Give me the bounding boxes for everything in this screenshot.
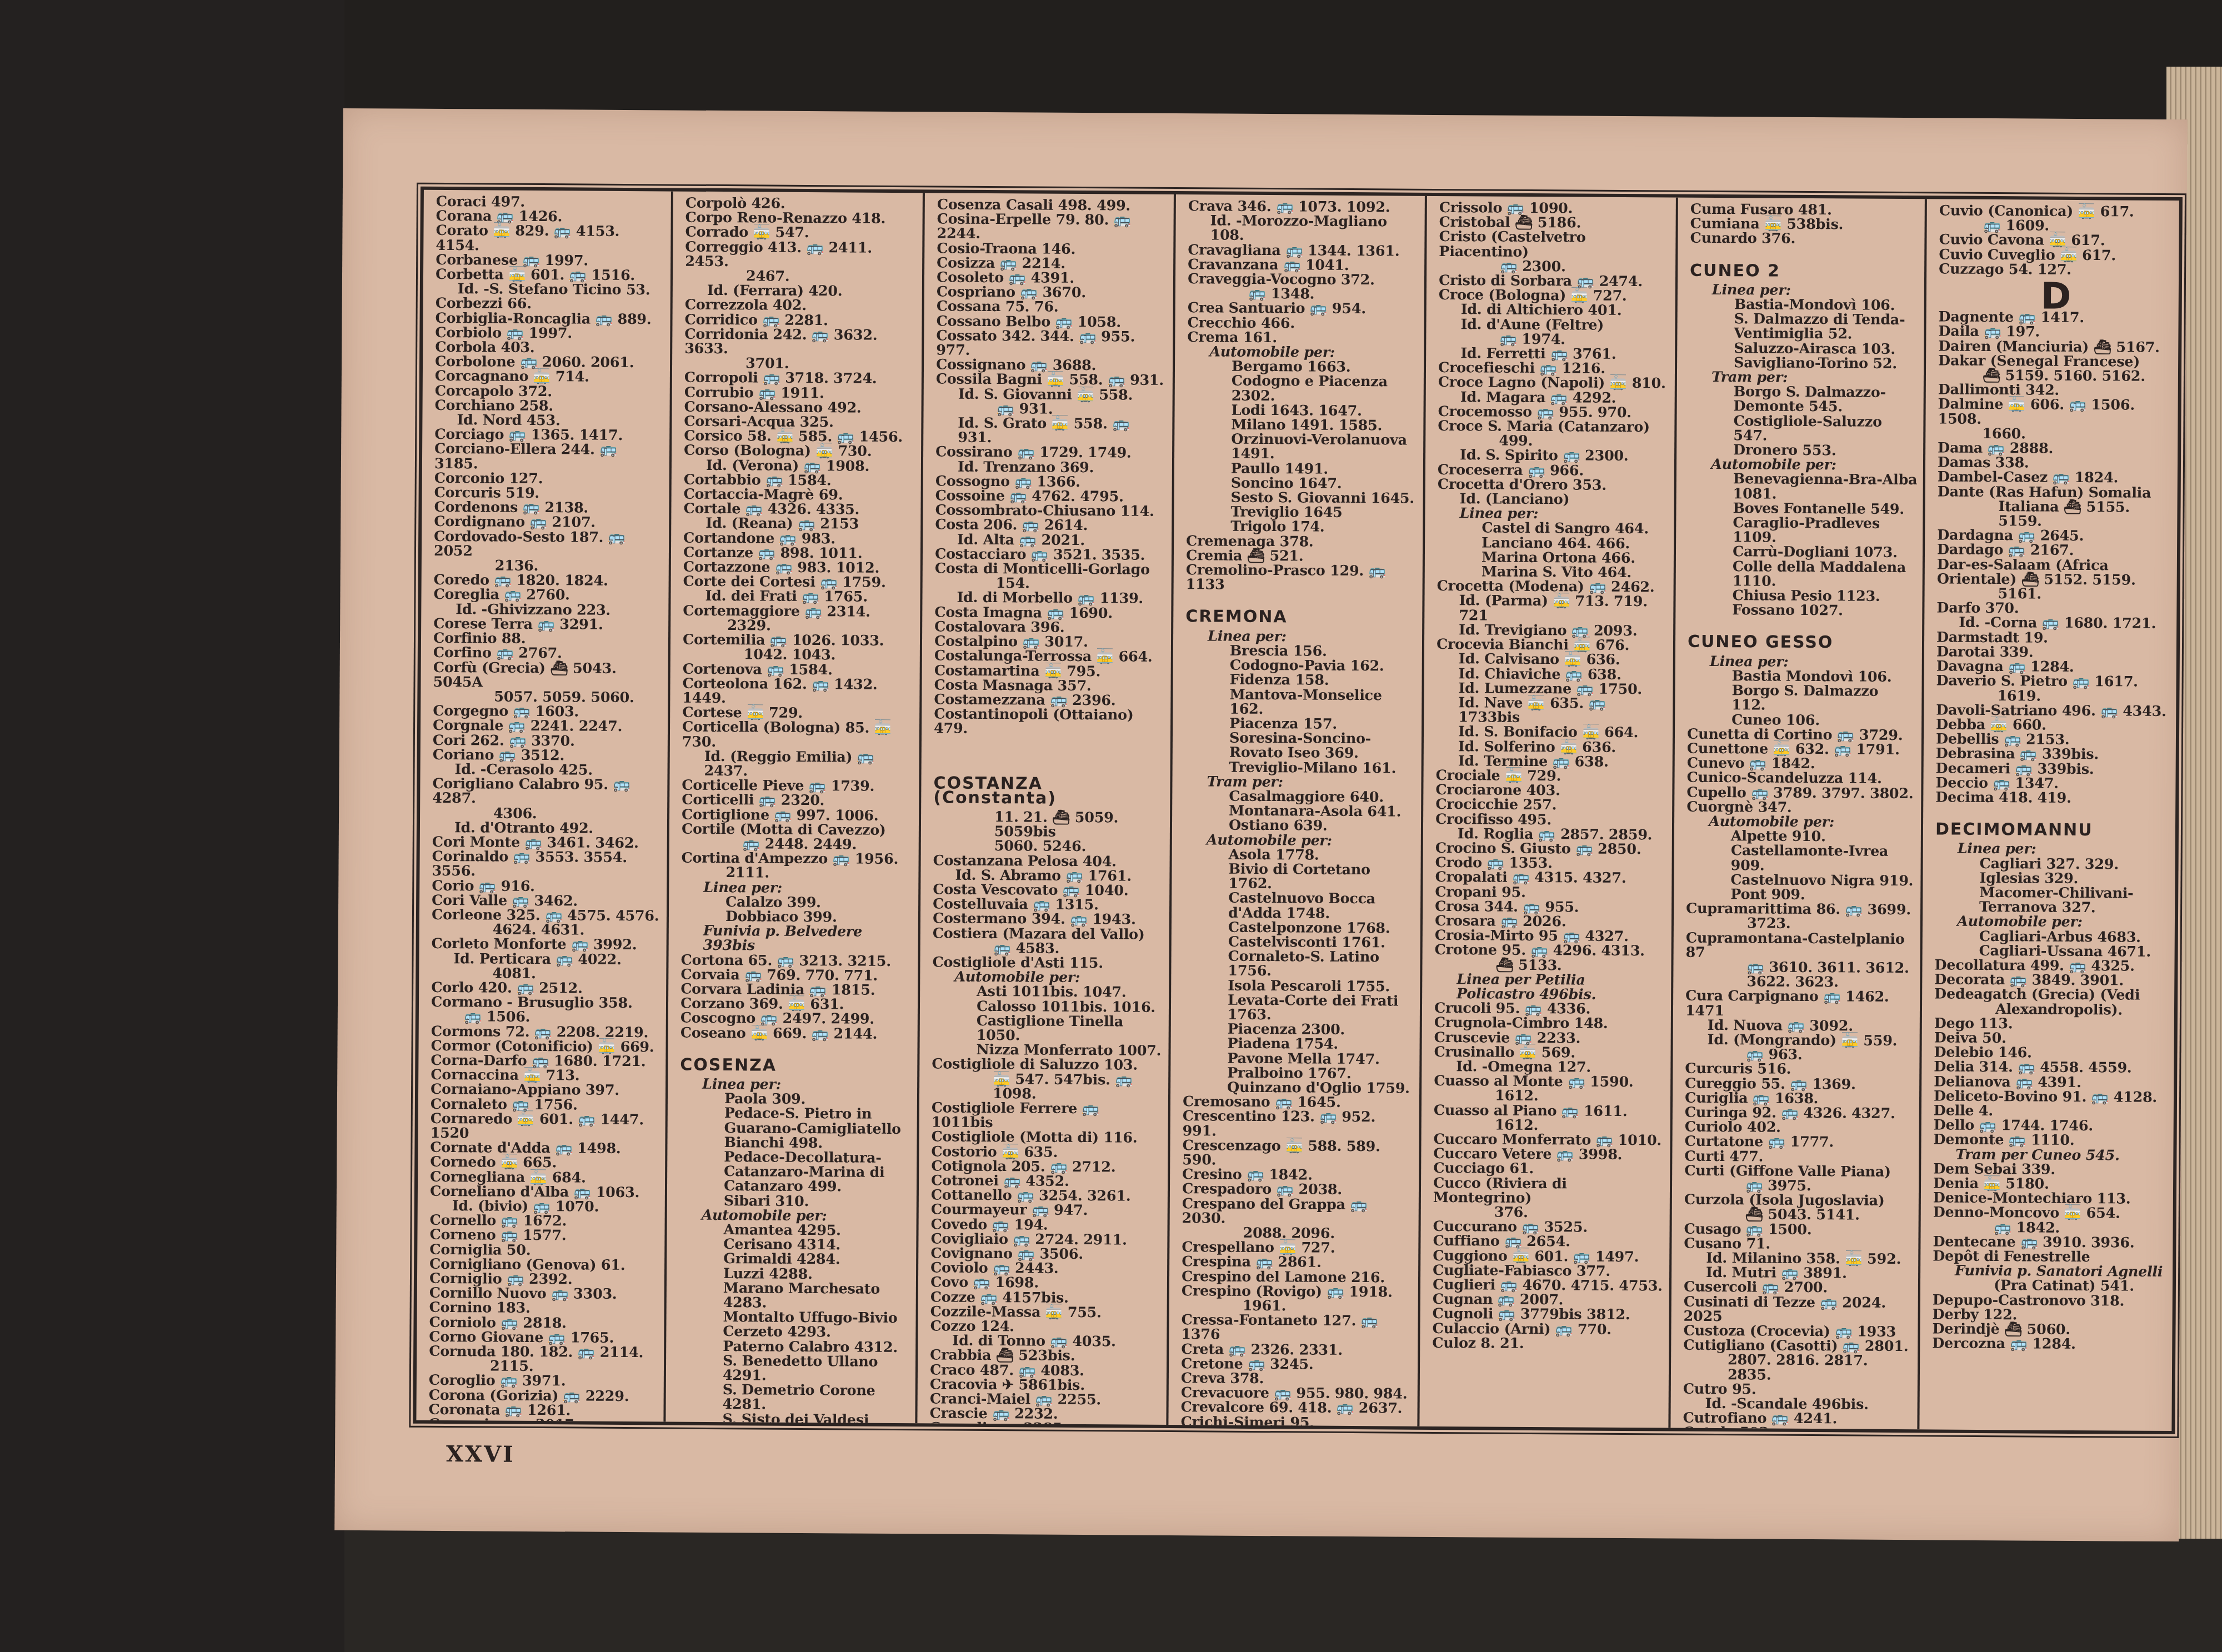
route-type-label: Tram per: bbox=[1689, 370, 1918, 386]
index-destination: Paullo 1491. bbox=[1187, 461, 1418, 477]
route-type-label: Linea per: bbox=[1437, 506, 1668, 522]
index-destination: Pralboino 1767. bbox=[1183, 1065, 1414, 1082]
index-entry: Coseano 🚋 669. 🚌 2144. bbox=[680, 1025, 912, 1042]
route-type-label: Funivia p. Sanatori Agnelli bbox=[1933, 1264, 2167, 1280]
index-destination: Luzzi 4288. bbox=[679, 1266, 910, 1282]
index-continuation: Italiana ⛴ 5155. 5159. bbox=[1937, 499, 2171, 529]
index-destination: Castellamonte-Ivrea 909. bbox=[1686, 843, 1915, 874]
index-destination: Castelnuovo Nigra 919. bbox=[1686, 872, 1915, 888]
index-entry: Corinaldo 🚌 3553. 3554. 3556. bbox=[432, 849, 661, 880]
index-column-4: Crava 346. 🚌 1073. 1092.Id. -Morozzo-Mag… bbox=[1168, 194, 1427, 1426]
index-column-6: Cuma Fusaro 481.Cumiana 🚋 538bis.Cunardo… bbox=[1670, 198, 1927, 1430]
index-destination: Pedace-Decollatura-Catanzaro-Marina di C… bbox=[679, 1150, 911, 1195]
index-destination: Bergamo 1663. bbox=[1187, 359, 1418, 375]
index-destination: Grimaldi 4284. bbox=[679, 1251, 910, 1268]
section-heading: DECIMOMANNU bbox=[1935, 823, 2170, 839]
index-entry: Crescenzago 🚋 588. 589. 590. bbox=[1182, 1138, 1413, 1169]
route-type-label: Funivia p. Belvedere 393bis bbox=[681, 924, 913, 954]
index-subentry: Id. (Reggio Emilia) 🚌 2437. bbox=[682, 749, 913, 779]
index-entry: Corigliano Calabro 95. 🚌 4287. bbox=[432, 777, 662, 807]
index-subentry: Id. (Mongrando) 🚋 559. bbox=[1685, 1033, 1914, 1049]
index-entry: Cosina-Erpelle 79. 80. 🚌 2244. bbox=[937, 212, 1168, 243]
index-entry: Cornuda 180. 182. 🚌 2114. bbox=[429, 1344, 658, 1360]
index-destination: Mantova-Monselice 162. bbox=[1185, 687, 1416, 718]
index-destination: Cagliari 327. 329. bbox=[1935, 856, 2170, 872]
index-subentry: Id. Nave 🚋 635. 🚌 1733bis bbox=[1436, 695, 1667, 726]
section-heading: CUNEO GESSO bbox=[1688, 635, 1916, 651]
spacer bbox=[934, 736, 1165, 760]
index-entry: Corleone 325. 🚌 4575. 4576. bbox=[432, 908, 661, 924]
index-entry: Decima 418. 419. bbox=[1935, 790, 2170, 806]
index-entry: Corciano-Ellera 244. 🚌 3185. bbox=[434, 442, 664, 472]
index-continuation: 🚋 547. 547bis. 🚌 1098. bbox=[932, 1072, 1163, 1102]
route-type-label: Automobile per: bbox=[932, 970, 1163, 986]
index-entry: Cortemaggiore 🚌 2314. bbox=[683, 603, 914, 619]
index-destination: Bastia-Mondovì 106. bbox=[1690, 297, 1919, 313]
index-destination: Castel di Sangro 464. bbox=[1437, 520, 1668, 537]
index-destination: Borgo S. Dalmazzo 112. bbox=[1687, 683, 1916, 714]
index-destination: Calosso 1011bis. 1016. bbox=[932, 999, 1163, 1015]
index-entry: Crespino (Rovigo) 🚌 1918. bbox=[1182, 1284, 1413, 1300]
index-entry: Cortina d'Ampezzo 🚌 1956. bbox=[682, 851, 913, 867]
index-destination: Carrù-Dogliani 1073. bbox=[1688, 544, 1917, 560]
index-destination: Boves Fontanelle 549. bbox=[1688, 501, 1917, 517]
index-destination: Cerisano 4314. bbox=[679, 1237, 910, 1253]
index-entry: Corfù (Grecia) ⛴ 5043. 5045A bbox=[433, 660, 662, 690]
index-destination: Codogno-Pavia 162. bbox=[1185, 658, 1417, 674]
index-entry: Costigliole Ferrere 🚌 1011bis bbox=[932, 1100, 1163, 1131]
index-continuation: 🚌 3610. 3611. 3612. bbox=[1685, 960, 1914, 976]
index-destination: Codogno e Piacenza 2302. bbox=[1187, 374, 1418, 404]
index-destination: Costigliole-Saluzzo 547. bbox=[1689, 413, 1918, 444]
index-destination: Cagliari-Arbus 4683. bbox=[1935, 929, 2169, 945]
index-destination: Lanciano 464. 466. bbox=[1437, 535, 1668, 552]
index-destination: Borgo S. Dalmazzo-Demonte 545. bbox=[1689, 384, 1918, 415]
index-destination: Soncino 1647. bbox=[1187, 475, 1418, 492]
index-destination: Milano 1491. 1585. bbox=[1187, 417, 1418, 433]
index-entry: Dedeagatch (Grecia) (Vedi bbox=[1934, 987, 2169, 1003]
index-entry: Dante (Ras Hafun) Somalia bbox=[1938, 484, 2172, 500]
index-destination: Casalmaggiore 640. bbox=[1184, 789, 1415, 805]
index-entry: Cupramontana-Castelplanio 87 bbox=[1686, 930, 1915, 961]
index-destination: Orzinuovi-Verolanuova 1491. bbox=[1187, 432, 1418, 462]
index-destination: Sesto S. Giovanni 1645. bbox=[1187, 490, 1418, 506]
index-subentry: Id. S. Grato 🚋 558. 🚌 931. bbox=[935, 415, 1167, 446]
route-type-label: Automobile per: bbox=[1935, 914, 2169, 930]
index-column-2: Corpolò 426.Corpo Reno-Renazzo 418.Corra… bbox=[665, 192, 925, 1424]
index-destination: S. Benedetto Ullano 4291. bbox=[678, 1353, 910, 1384]
index-destination: Fossano 1027. bbox=[1688, 603, 1916, 619]
index-entry: Cutigliano (Casotti) 🚌 2801. bbox=[1683, 1338, 1912, 1354]
index-destination: Fidenza 158. bbox=[1185, 672, 1417, 688]
route-type-label: Linea per: bbox=[1185, 629, 1417, 645]
index-destination: Colle della Maddalena 1110. bbox=[1688, 559, 1917, 589]
index-entry: Dalmine 🚋 606. 🚌 1506. 1508. bbox=[1938, 397, 2172, 428]
index-continuation: 11. 21. ⛴ 5059. 5059bis bbox=[933, 809, 1164, 840]
index-entry: Curti (Giffone Valle Piana) bbox=[1684, 1163, 1913, 1179]
index-entry: Cusinati di Tezze 🚌 2024. 2025 bbox=[1684, 1294, 1913, 1325]
index-destination: Chiusa Pesio 1123. bbox=[1688, 588, 1916, 604]
index-entry: Cornaredo 🚋 601. 🚌 1447. 1520 bbox=[431, 1112, 660, 1142]
index-destination: Bivio di Cortetano 1762. bbox=[1184, 862, 1415, 892]
index-destination: Saluzzo-Airasca 103. bbox=[1689, 341, 1918, 357]
index-destination: Cornaleto-S. Latino 1756. bbox=[1183, 949, 1414, 979]
index-destination: Marina Ortona 466. bbox=[1437, 550, 1668, 566]
index-entry: Cortile (Motta di Cavezzo) bbox=[682, 822, 913, 838]
index-entry: Curzola (Isola Jugoslavia) bbox=[1684, 1193, 1913, 1209]
index-destination: 2807. 2816. 2817. 2835. bbox=[1683, 1353, 1912, 1383]
index-entry: Cupramarittima 86. 🚌 3699. bbox=[1686, 902, 1915, 918]
index-destination: Asti 1011bis. 1047. bbox=[932, 984, 1163, 1000]
index-entry: Cristo (Castelvetro Piacentino) bbox=[1439, 229, 1670, 260]
index-entry: Craveggia-Vocogno 372. bbox=[1188, 272, 1419, 288]
index-destination: Brescia 156. bbox=[1185, 643, 1417, 659]
index-entry: Cuasso al Piano 🚌 1611. bbox=[1434, 1103, 1665, 1119]
index-destination: Paola 309. bbox=[680, 1092, 912, 1108]
index-destination: Castelnuovo Bocca d'Adda 1748. bbox=[1184, 890, 1415, 921]
index-subentry: Id. (Parma) 🚋 713. 719. 721 bbox=[1437, 593, 1668, 624]
index-destination: Benevagienna-Bra-Alba 1081. bbox=[1689, 472, 1918, 502]
index-column-5: Crissolo 🚌 1090.Cristobal ⛴ 5186.Cristo … bbox=[1419, 196, 1678, 1428]
route-type-label: Linea per: bbox=[1690, 283, 1919, 299]
index-entry: Dakar (Senegal Francese) bbox=[1938, 353, 2173, 369]
index-destination: Lodi 1643. 1647. bbox=[1187, 403, 1418, 419]
index-entry: Crescentino 123. 🚌 952. 991. bbox=[1183, 1109, 1414, 1140]
route-type-label: Linea per: bbox=[680, 1077, 912, 1093]
index-entry: Costiera (Mazara del Vallo) bbox=[933, 926, 1164, 942]
index-entry: Coroncina 🚌 3017. bbox=[428, 1417, 658, 1422]
index-destination: Treviglio 1645 bbox=[1186, 504, 1417, 520]
index-entry: Corridonia 242. 🚌 3632. 3633. bbox=[684, 327, 916, 357]
index-entry: Costantinopoli (Ottaiano) 479. bbox=[934, 707, 1165, 738]
index-entry: Culoz 8. 21. bbox=[1432, 1336, 1663, 1352]
index-destination: Montanara-Asola 641. bbox=[1184, 803, 1415, 819]
index-destination: Pedace-S. Pietro in Guarano-Camigliatell… bbox=[679, 1106, 911, 1151]
section-heading: COSENZA bbox=[680, 1058, 912, 1074]
index-subentry: Id. Perticara 🚌 4022. bbox=[431, 951, 660, 967]
index-entry: Cuvio (Canonica) 🚋 617. bbox=[1939, 203, 2174, 219]
index-destination: Montalto Uffugo-Bivio Cerzeto 4293. bbox=[678, 1310, 910, 1340]
index-destination: Macomer-Chilivani-Terranova 327. bbox=[1935, 885, 2169, 915]
index-entry: Cura Carpignano 🚌 1462. 1471 bbox=[1685, 989, 1914, 1019]
index-entry: Cordovado-Sesto 187. 🚌 2052 bbox=[434, 529, 663, 560]
index-entry: Dar-es-Salaam (Africa Orientale) ⛴ 5152.… bbox=[1937, 557, 2171, 588]
route-type-label: Linea per: bbox=[1935, 842, 2170, 858]
index-entry: Corato 🚋 829. 🚌 4153. 4154. bbox=[436, 223, 665, 254]
index-entry: Costa di Monticelli-Gorlago bbox=[935, 561, 1166, 577]
route-type-label: Automobile per: bbox=[1686, 814, 1915, 830]
index-entry: Cortemilia 🚌 1026. 1033. bbox=[683, 633, 914, 649]
index-destination: Caraglio-Pradleves 1109. bbox=[1688, 515, 1917, 546]
index-entry: Crespano del Grappa 🚌 2030. bbox=[1182, 1197, 1413, 1227]
index-destination: Piacenza 157. bbox=[1185, 716, 1416, 732]
index-destination: Piacenza 2300. bbox=[1183, 1022, 1414, 1038]
route-type-label: Automobile per: bbox=[1187, 344, 1418, 361]
letter-heading: D bbox=[1939, 288, 2173, 304]
index-entry: Croce S. Maria (Catanzaro) bbox=[1438, 419, 1669, 435]
index-column-1: Coraci 497.Corana 🚌 1426.Corato 🚋 829. 🚌… bbox=[416, 190, 673, 1422]
index-destination: Castelponzone 1768. bbox=[1184, 920, 1415, 936]
index-destination: Asola 1778. bbox=[1184, 847, 1415, 863]
index-subentry: Id. S. Giovanni 🚋 558. bbox=[936, 387, 1167, 403]
index-destination: Soresina-Soncino-Rovato Iseo 369. bbox=[1185, 730, 1416, 761]
route-type-label: Automobile per: bbox=[679, 1208, 911, 1224]
dark-background-left bbox=[0, 0, 344, 1652]
section-heading: CUNEO 2 bbox=[1690, 263, 1919, 279]
index-destination: Bastia Mondovì 106. bbox=[1688, 669, 1916, 685]
index-column-7: Cuvio (Canonica) 🚋 617.🚌 1609.Cuvio Cavo… bbox=[1919, 199, 2179, 1431]
index-entry: Dercozna 🚌 1284. bbox=[1932, 1336, 2166, 1353]
route-type-label: Automobile per: bbox=[1689, 457, 1918, 473]
index-entry: Corticella (Bologna) 85. 🚋 730. bbox=[682, 720, 914, 750]
route-type-label: Linea per Petilia Policastro 496bis. bbox=[1434, 972, 1665, 1003]
index-entry: Crotone 95. 🚌 4296. 4313. bbox=[1435, 943, 1666, 959]
index-destination: S. Dalmazzo di Tenda-Ventimiglia 52. bbox=[1689, 312, 1918, 342]
section-heading: COSTANZA (Constanta) bbox=[933, 776, 1164, 807]
index-subentry: Id. d'Aune (Feltre) bbox=[1438, 317, 1669, 333]
page-number: XXVI bbox=[446, 1441, 515, 1468]
index-destination: Castiglione Tinella 1050. bbox=[932, 1013, 1163, 1044]
index-entry: Daverio S. Pietro 🚌 1617. bbox=[1936, 674, 2171, 690]
index-destination: Amantea 4295. bbox=[679, 1223, 910, 1239]
index-subentry: Id. -Morozzo-Magliano 108. bbox=[1188, 213, 1419, 244]
index-destination: Calalzo 399. bbox=[681, 894, 913, 910]
route-type-label: Tram per: bbox=[1184, 774, 1415, 790]
section-heading: CREMONA bbox=[1185, 610, 1417, 626]
index-table-frame: Coraci 497.Corana 🚌 1426.Corato 🚋 829. 🚌… bbox=[413, 187, 2183, 1434]
book-page: Coraci 497.Corana 🚌 1426.Corato 🚋 829. 🚌… bbox=[334, 108, 2188, 1541]
index-destination: S. Demetrio Corone 4281. bbox=[678, 1383, 910, 1413]
index-destination: Piadena 1754. bbox=[1183, 1037, 1414, 1053]
index-entry: Cuasso al Monte 🚌 1590. bbox=[1434, 1074, 1665, 1090]
route-type-label: Linea per: bbox=[1688, 654, 1916, 670]
index-destination: Marano Marchesato 4283. bbox=[679, 1280, 910, 1311]
index-entry: Cremolino-Prasco 129. 🚌 1133 bbox=[1186, 563, 1417, 593]
index-entry: Cunardo 376. bbox=[1690, 231, 1919, 247]
index-columns: Coraci 497.Corana 🚌 1426.Corato 🚋 829. 🚌… bbox=[416, 190, 2179, 1431]
index-entry: Costigliole di Saluzzo 103. bbox=[932, 1057, 1163, 1073]
route-type-label: Linea per: bbox=[681, 880, 913, 896]
index-destination: Alpette 910. bbox=[1686, 829, 1915, 845]
index-destination: S. Sisto dei Valdesi 4301. bbox=[678, 1411, 909, 1423]
index-entry: Cressa-Fontaneto 127. 🚌 1376 bbox=[1181, 1313, 1412, 1343]
index-destination: Isola Pescaroli 1755. bbox=[1183, 978, 1414, 994]
index-entry: Denno-Moncovo 🚋 654. bbox=[1933, 1205, 2168, 1222]
index-entry: Cucco (Riviera di Montegrino) bbox=[1433, 1176, 1664, 1207]
index-destination: Iglesias 329. bbox=[1935, 870, 2169, 887]
index-destination: Pavone Mella 1747. bbox=[1183, 1051, 1414, 1067]
index-destination: Castelvisconti 1761. bbox=[1184, 934, 1415, 950]
index-destination: Paterno Calabro 4312. bbox=[678, 1339, 910, 1355]
index-destination: Levata-Corte dei Frati 1763. bbox=[1183, 993, 1414, 1023]
index-entry: Corteolona 162. 🚌 1432. 1449. bbox=[682, 676, 914, 707]
index-column-3: Cosenza Casali 498. 499.Cosina-Erpelle 7… bbox=[917, 193, 1176, 1425]
index-entry: Cossato 342. 344. 🚌 955. 977. bbox=[936, 328, 1167, 359]
index-entry: Correggio 413. 🚌 2411. 2453. bbox=[685, 239, 917, 270]
route-type-label: Automobile per: bbox=[1184, 833, 1415, 849]
